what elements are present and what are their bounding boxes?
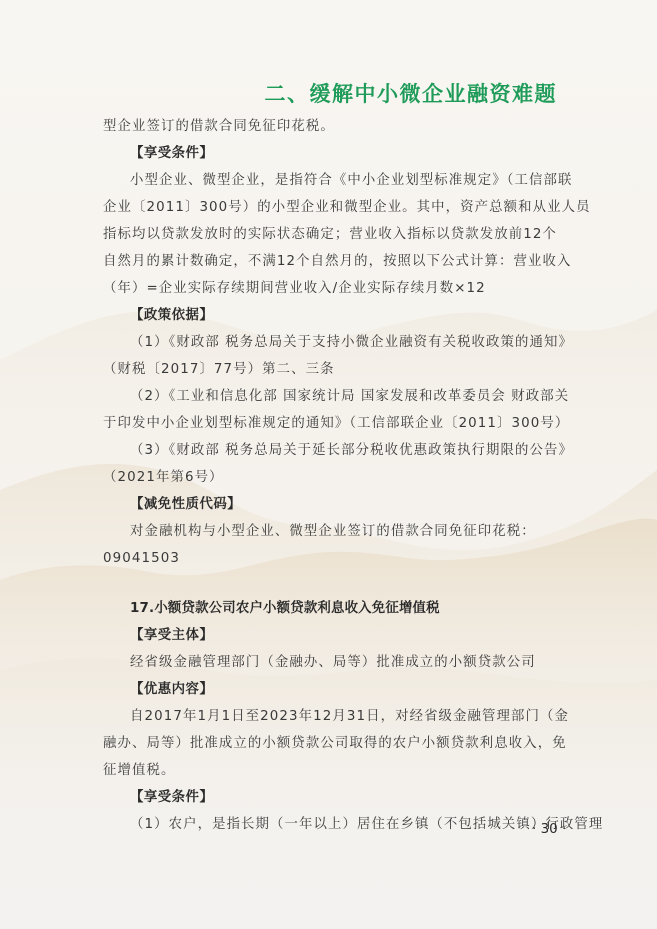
text-line: 自然月的累计数确定，不满12个自然月的，按照以下公式计算：营业收入	[103, 252, 559, 272]
text-line: 小型企业、微型企业，是指符合《中小企业划型标准规定》（工信部联	[130, 171, 559, 191]
document-page: 二、缓解中小微企业融资难题 型企业签订的借款合同免征印花税。【享受条件】小型企业…	[0, 0, 657, 929]
text-line: （1）农户，是指长期（一年以上）居住在乡镇（不包括城关镇）行政管理	[130, 815, 559, 835]
text-line: （1）《财政部 税务总局关于支持小微企业融资有关税收政策的通知》	[130, 333, 559, 353]
text-line: 型企业签订的借款合同免征印花税。	[103, 117, 559, 137]
subsection-heading: 【减免性质代码】	[130, 495, 559, 515]
text-line: 企业〔2011〕300号）的小型企业和微型企业。其中，资产总额和从业人员	[103, 198, 559, 218]
text-line: 融办、局等）批准成立的小额贷款公司取得的农户小额贷款利息收入，免	[103, 734, 559, 754]
page-number: · 30 ·	[532, 821, 566, 837]
subsection-heading: 【政策依据】	[130, 306, 559, 326]
text-line: （2021年第6号）	[103, 468, 559, 488]
subsection-heading: 【优惠内容】	[130, 680, 559, 700]
text-line: 经省级金融管理部门（金融办、局等）批准成立的小额贷款公司	[130, 653, 559, 673]
subsection-heading: 【享受主体】	[130, 626, 559, 646]
text-line: 对金融机构与小型企业、微型企业签订的借款合同免征印花税：	[130, 522, 559, 542]
text-line: 自2017年1月1日至2023年12月31日，对经省级金融管理部门（金	[130, 707, 559, 727]
text-line: 指标均以贷款发放时的实际状态确定；营业收入指标以贷款发放前12个	[103, 225, 559, 245]
text-line: （年）=企业实际存续期间营业收入/企业实际存续月数×12	[103, 279, 559, 299]
item-title: 17.小额贷款公司农户小额贷款利息收入免征增值税	[130, 599, 559, 619]
text-line: （财税〔2017〕77号）第二、三条	[103, 360, 559, 380]
subsection-heading: 【享受条件】	[130, 144, 559, 164]
subsection-heading: 【享受条件】	[130, 788, 559, 808]
text-line: 于印发中小企业划型标准规定的通知》（工信部联企业〔2011〕300号）	[103, 414, 559, 434]
text-line: 征增值税。	[103, 761, 559, 781]
text-line: （2）《工业和信息化部 国家统计局 国家发展和改革委员会 财政部关	[130, 387, 559, 407]
section-title: 二、缓解中小微企业融资难题	[265, 78, 558, 108]
text-line: 09041503	[103, 549, 559, 569]
text-line: （3）《财政部 税务总局关于延长部分税收优惠政策执行期限的公告》	[130, 441, 559, 461]
